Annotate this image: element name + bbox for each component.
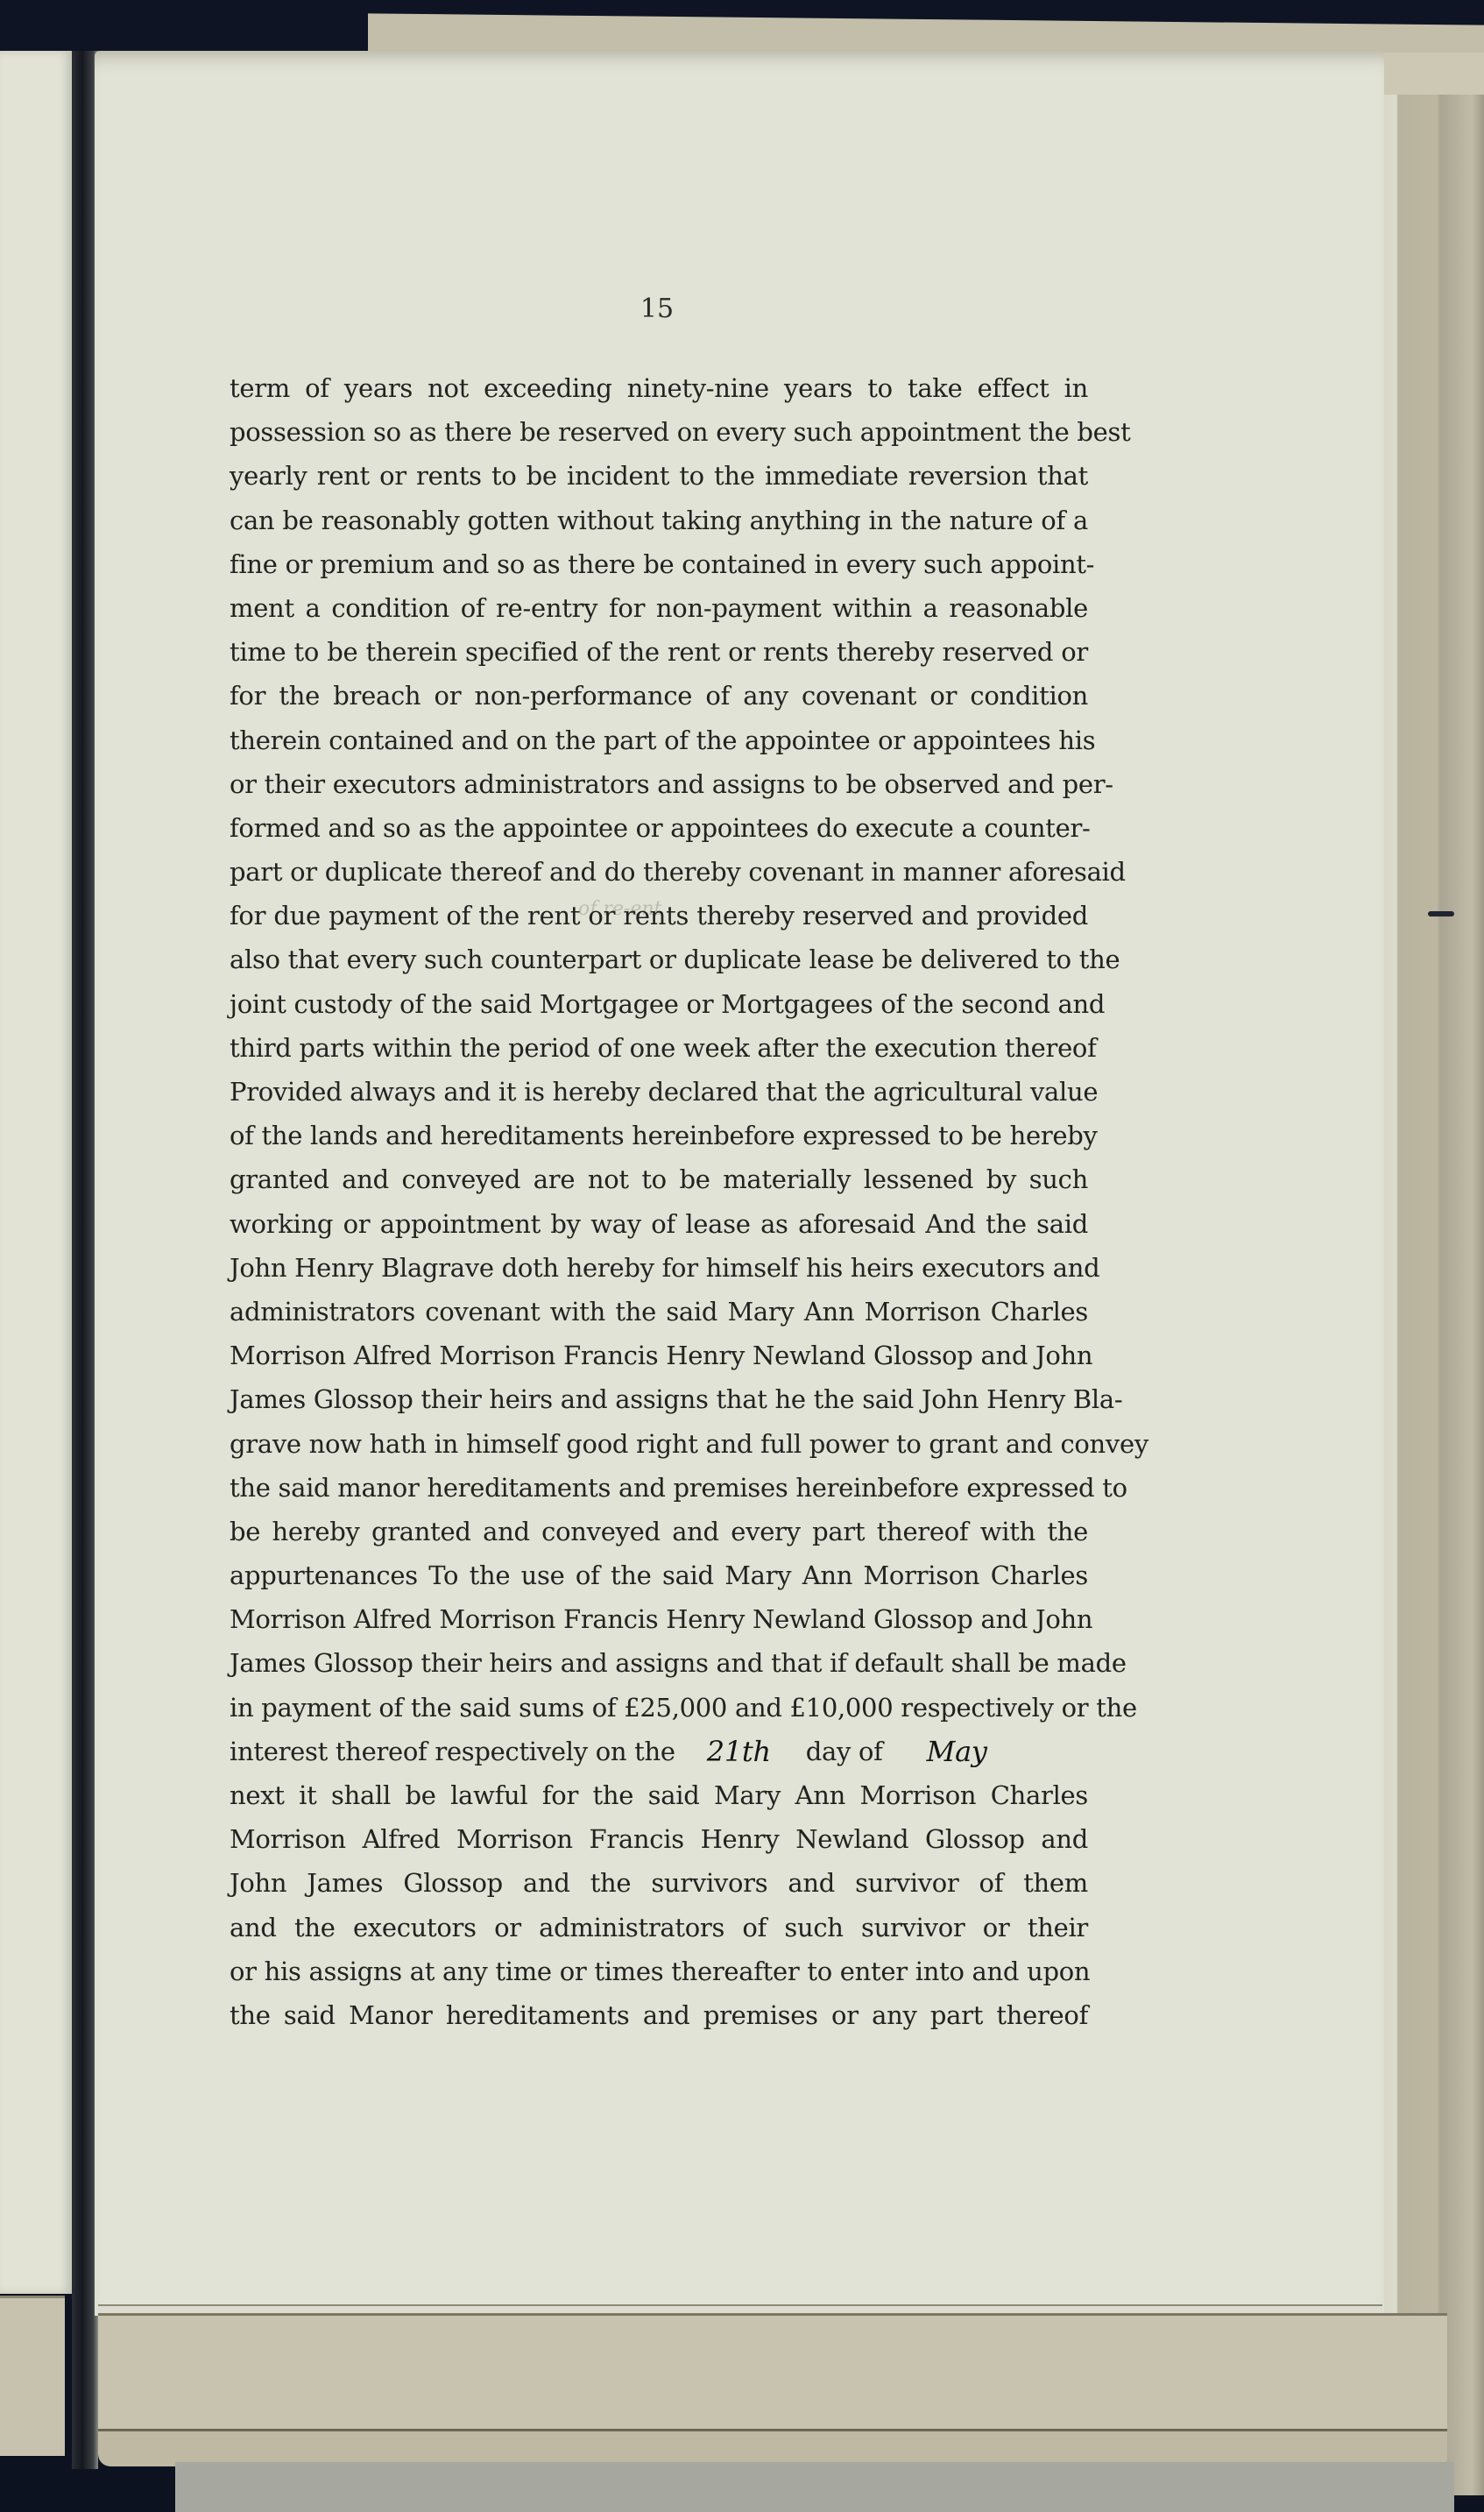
text-line: part or duplicate thereof and do thereby…: [230, 850, 1088, 894]
date-line-prefix: interest thereof respectively on the: [230, 1730, 675, 1773]
text-line: can be reasonably gotten without taking …: [230, 499, 1088, 542]
text-line: James Glossop their heirs and assigns an…: [230, 1641, 1088, 1685]
page-stack-right-edge: [1384, 95, 1484, 2495]
text-line: third parts within the period of one wee…: [230, 1026, 1088, 1070]
text-line: appurtenances To the use of the said Mar…: [230, 1553, 1088, 1597]
handwritten-month: May: [927, 1730, 987, 1773]
text-line: also that every such counterpart or dupl…: [230, 938, 1088, 981]
text-line: for the breach or non-performance of any…: [230, 674, 1088, 718]
text-line: James Glossop their heirs and assigns th…: [230, 1377, 1088, 1421]
text-line: ment a condition of re-entry for non-pay…: [230, 586, 1088, 630]
handwritten-day: 21th: [707, 1730, 771, 1773]
text-line: and the executors or administrators of s…: [230, 1906, 1088, 1949]
text-line: time to be therein specified of the rent…: [230, 630, 1088, 674]
previous-page-margin: [0, 51, 72, 2294]
page-number: 15: [640, 294, 675, 324]
text-line: be hereby granted and conveyed and every…: [230, 1510, 1088, 1553]
text-line: administrators covenant with the said Ma…: [230, 1290, 1088, 1334]
text-line: in payment of the said sums of £25,000 a…: [230, 1686, 1088, 1730]
text-line: next it shall be lawful for the said Mar…: [230, 1773, 1088, 1817]
text-line: joint custody of the said Mortgagee or M…: [230, 982, 1088, 1026]
text-line: Morrison Alfred Morrison Francis Henry N…: [230, 1597, 1088, 1641]
text-line: John Henry Blagrave doth hereby for hims…: [230, 1246, 1088, 1290]
text-line: granted and conveyed are not to be mater…: [230, 1157, 1088, 1201]
text-line: term of years not exceeding ninety-nine …: [230, 366, 1088, 410]
text-line: formed and so as the appointee or appoin…: [230, 806, 1088, 850]
torn-page-edge-bottom: [175, 2462, 1454, 2512]
body-text: term of years not exceeding ninety-nine …: [230, 366, 1088, 2037]
ink-mark: [1428, 911, 1454, 916]
text-line: John James Glossop and the survivors and…: [230, 1861, 1088, 1905]
text-line: grave now hath in himself good right and…: [230, 1422, 1088, 1466]
text-line: yearly rent or rents to be incident to t…: [230, 454, 1088, 498]
date-line-middle: day of: [806, 1730, 883, 1773]
text-line: or their executors administrators and as…: [230, 762, 1088, 806]
text-line: possession so as there be reserved on ev…: [230, 410, 1088, 454]
text-line: the said Manor hereditaments and premise…: [230, 1993, 1088, 2037]
text-line: for due payment of the rent or rents the…: [230, 894, 1088, 938]
text-line: of the lands and hereditaments hereinbef…: [230, 1114, 1088, 1157]
text-line: working or appointment by way of lease a…: [230, 1202, 1088, 1246]
page-stack-bottom: [98, 2313, 1447, 2447]
page-stack-bottom-layer: [98, 2429, 1447, 2466]
text-line: Morrison Alfred Morrison Francis Henry N…: [230, 1334, 1088, 1377]
text-line: therein contained and on the part of the…: [230, 718, 1088, 762]
text-line: Provided always and it is hereby declare…: [230, 1070, 1088, 1114]
text-line: the said manor hereditaments and premise…: [230, 1466, 1088, 1510]
text-line: Morrison Alfred Morrison Francis Henry N…: [230, 1817, 1088, 1861]
previous-page-edge: [0, 2296, 65, 2456]
date-line: interest thereof respectively on the 21t…: [230, 1730, 1088, 1773]
text-line: or his assigns at any time or times ther…: [230, 1949, 1088, 1993]
text-line: fine or premium and so as there be conta…: [230, 542, 1088, 586]
